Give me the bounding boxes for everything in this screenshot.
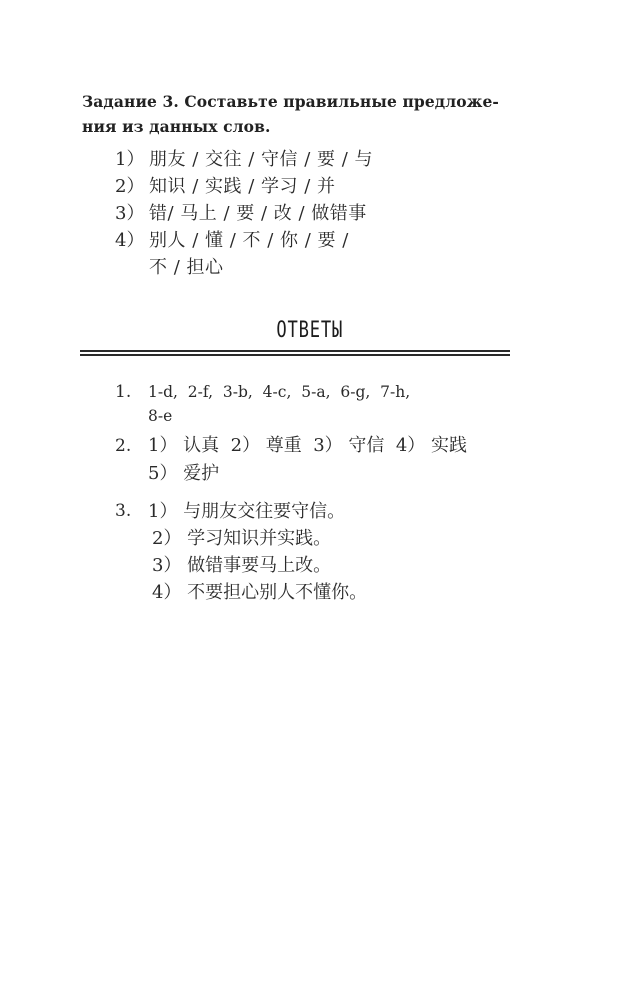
exercise-words: 别人 / 懂 / 不 / 你 / 要 / — [149, 227, 349, 254]
exercise-item-continuation: 不 / 担心 — [115, 254, 515, 281]
double-rule-divider — [80, 350, 510, 356]
answer-line: 8-e — [148, 404, 525, 428]
exercise-words: 朋友 / 交往 / 守信 / 要 / 与 — [149, 146, 373, 173]
answers-title-text: ОТВЕТЫ — [276, 318, 343, 344]
answer-number: 3. — [115, 498, 131, 525]
task-heading-line: Задание 3. Составьте правильные предложе… — [82, 89, 512, 114]
answer-sentence: 2） 学习知识并实践。 — [148, 525, 525, 552]
answer-line: 1） 认真 2） 尊重 3） 守信 4） 实践 — [148, 432, 525, 460]
answer-line: 5） 爱护 — [148, 460, 525, 488]
exercise-item: 4） 别人 / 懂 / 不 / 你 / 要 / — [115, 227, 515, 254]
answer-sentence: 1） 与朋友交往要守信。 — [148, 498, 525, 525]
answers-list: 1. 1-d, 2-f, 3-b, 4-c, 5-a, 6-g, 7-h, 8-… — [115, 380, 525, 606]
answer-sentence: 3） 做错事要马上改。 — [148, 552, 525, 579]
answers-section-title: ОТВЕТЫ — [0, 318, 619, 344]
exercise-number: 2） — [115, 173, 144, 200]
exercise-item: 2） 知识 / 实践 / 学习 / 并 — [115, 173, 515, 200]
answer-sentence: 4） 不要担心别人不懂你。 — [148, 579, 525, 606]
exercise-words: 知识 / 实践 / 学习 / 并 — [149, 173, 336, 200]
exercise-number: 4） — [115, 227, 144, 254]
answer-number: 1. — [115, 380, 131, 404]
answer-line: 1-d, 2-f, 3-b, 4-c, 5-a, 6-g, 7-h, — [148, 380, 525, 404]
exercise-number: 1） — [115, 146, 144, 173]
answer-content: 1） 认真 2） 尊重 3） 守信 4） 实践 5） 爱护 — [148, 432, 525, 488]
book-page: Задание 3. Составьте правильные предложе… — [0, 0, 619, 1000]
exercise-number: 3） — [115, 200, 144, 227]
exercise-item: 3） 错/ 马上 / 要 / 改 / 做错事 — [115, 200, 515, 227]
exercise-list: 1） 朋友 / 交往 / 守信 / 要 / 与 2） 知识 / 实践 / 学习 … — [115, 146, 515, 281]
answer-item: 2. 1） 认真 2） 尊重 3） 守信 4） 实践 5） 爱护 — [115, 432, 525, 488]
exercise-words: 错/ 马上 / 要 / 改 / 做错事 — [149, 200, 367, 227]
answer-content: 1） 与朋友交往要守信。 2） 学习知识并实践。 3） 做错事要马上改。 4） … — [148, 498, 525, 606]
answer-item: 3. 1） 与朋友交往要守信。 2） 学习知识并实践。 3） 做错事要马上改。 … — [115, 498, 525, 606]
exercise-item: 1） 朋友 / 交往 / 守信 / 要 / 与 — [115, 146, 515, 173]
answer-item: 1. 1-d, 2-f, 3-b, 4-c, 5-a, 6-g, 7-h, 8-… — [115, 380, 525, 428]
task-heading: Задание 3. Составьте правильные предложе… — [82, 89, 512, 139]
answer-number: 2. — [115, 432, 131, 460]
exercise-words: 不 / 担心 — [149, 254, 224, 281]
task-heading-line: ния из данных слов. — [82, 114, 512, 139]
answer-content: 1-d, 2-f, 3-b, 4-c, 5-a, 6-g, 7-h, 8-e — [148, 380, 525, 428]
